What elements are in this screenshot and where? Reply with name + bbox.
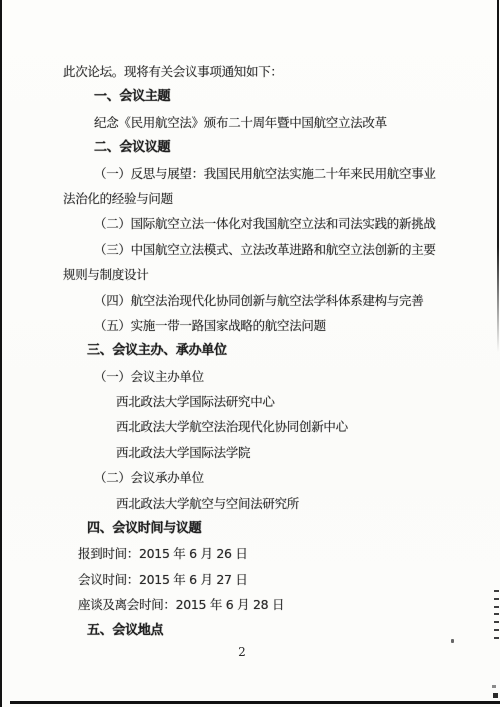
doc-line: 法治化的经验与问题 [0, 186, 500, 211]
scanned-document-page: 此次论坛。现将有关会议事项通知如下： 一、会议主题 纪念《民用航空法》颁布二十周… [0, 0, 500, 707]
page-number: 2 [0, 645, 484, 659]
scan-mark-bottom-right [493, 693, 498, 698]
doc-line: 西北政法大学航空与空间法研究所 [0, 491, 500, 516]
scan-edge-right [497, 0, 499, 352]
section-heading: 一、会议主题 [0, 84, 500, 109]
doc-line: 座谈及离会时间：2015 年 6 月 28 日 [0, 592, 500, 617]
document-content: 此次论坛。现将有关会议事项通知如下： 一、会议主题 纪念《民用航空法》颁布二十周… [0, 59, 500, 643]
doc-line: 报到时间：2015 年 6 月 26 日 [0, 541, 500, 566]
doc-line: （一）反思与展望：我国民用航空法实施二十年来民用航空事业 [0, 161, 500, 186]
doc-line: （二）国际航空立法一体化对我国航空立法和司法实践的新挑战 [0, 211, 500, 236]
doc-line: 西北政法大学国际法研究中心 [0, 389, 500, 414]
scan-dash-right [494, 613, 499, 615]
doc-line: （四）航空法治现代化协同创新与航空法学科体系建构与完善 [0, 288, 500, 313]
scan-dash-right [494, 621, 499, 623]
doc-line: 规则与制度设计 [0, 262, 500, 287]
scan-dash-right [494, 637, 499, 639]
scan-mark-right-gray [492, 685, 496, 688]
section-heading: 三、会议主办、承办单位 [0, 338, 500, 363]
doc-line: 此次论坛。现将有关会议事项通知如下： [0, 59, 500, 84]
scan-dash-right [494, 606, 499, 608]
doc-line: （三）中国航空立法模式、立法改革进路和航空立法创新的主要 [0, 237, 500, 262]
scan-edge-bottom [10, 701, 500, 704]
scan-edge-left [0, 0, 2, 707]
scan-dash-right [494, 629, 499, 631]
scan-dash-right [494, 598, 499, 600]
doc-line: 西北政法大学国际法学院 [0, 440, 500, 465]
doc-line: 纪念《民用航空法》颁布二十周年暨中国航空立法改革 [0, 110, 500, 135]
doc-line: 会议时间：2015 年 6 月 27 日 [0, 567, 500, 592]
sub-heading: （一）会议主办单位 [0, 364, 500, 389]
section-heading: 五、会议地点 [0, 618, 500, 643]
doc-line: （五）实施一带一路国家战略的航空法问题 [0, 313, 500, 338]
sub-heading: （二）会议承办单位 [0, 465, 500, 490]
doc-line: 西北政法大学航空法治现代化协同创新中心 [0, 414, 500, 439]
scan-dash-right [494, 590, 499, 592]
scan-speck [451, 639, 454, 643]
section-heading: 四、会议时间与议题 [0, 516, 500, 541]
section-heading: 二、会议议题 [0, 135, 500, 160]
